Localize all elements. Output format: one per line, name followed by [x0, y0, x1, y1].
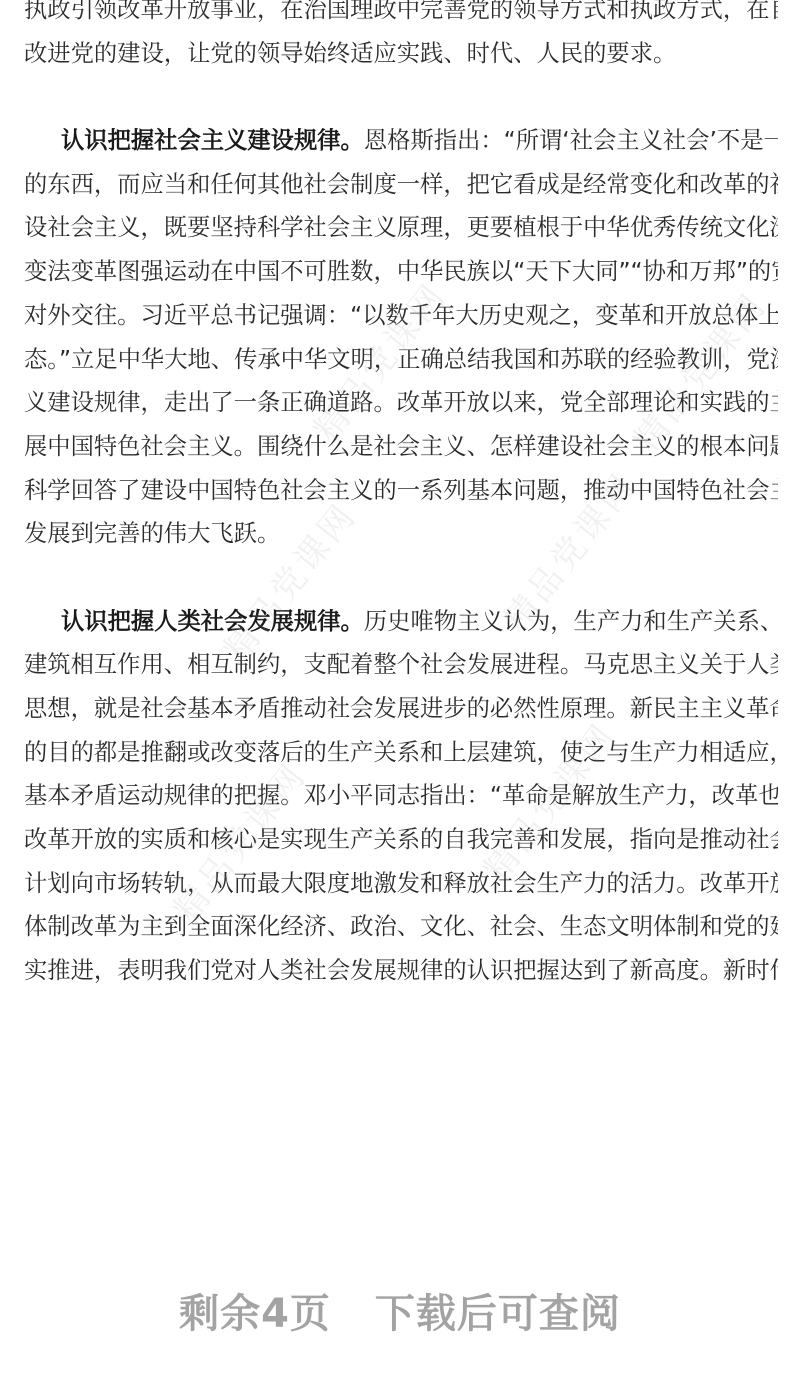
text-line: 基本矛盾运动规律的把握。邓小平同志指出：“革命是解放生产力，改革也是解放生产力。… — [24, 774, 778, 818]
paragraph-gap — [24, 75, 778, 119]
text-line: 建筑相互作用、相互制约，支配着整个社会发展进程。马克思主义关于人类社会发展规律的 — [24, 643, 778, 687]
text-line: 展中国特色社会主义。围绕什么是社会主义、怎样建设社会主义的根本问题，党在规律层面 — [24, 425, 778, 469]
text-line: 实推进，表明我们党对人类社会发展规律的认识把握达到了新高度。新时代，习近平总书记 — [24, 949, 778, 993]
text-line: 科学回答了建设中国特色社会主义的一系列基本问题，推动中国特色社会主义迎来从创立、 — [24, 469, 778, 513]
text-span: 恩格斯指出：“所谓‘社会主义社会’不是一种一成不变 — [364, 127, 778, 154]
text-line: 执政引领改革开放事业，在治国理政中完善党的领导方式和执政方式，在自我革命中加强和 — [24, 0, 778, 32]
paragraph-gap — [24, 556, 778, 600]
remaining-pages-label: 剩余4页 — [179, 1291, 331, 1337]
text-line: 发展到完善的伟大飞跃。 — [24, 512, 778, 556]
text-line: 改革开放的实质和核心是实现生产关系的自我完善和发展，指向是推动社会主义经济体制由 — [24, 818, 778, 862]
text-line: 改进党的建设，让党的领导始终适应实践、时代、人民的要求。 — [24, 32, 778, 76]
text-line: 体制改革为主到全面深化经济、政治、文化、社会、生态文明体制和党的建设制度改革等扎 — [24, 905, 778, 949]
text-line: 对外交往。习近平总书记强调：“以数千年大历史观之，变革和开放总体上是中国的历史常 — [24, 294, 778, 338]
download-prompt-label: 下载后可查阅 — [375, 1291, 621, 1337]
paragraph-first-line: 认识把握社会主义建设规律。恩格斯指出：“所谓‘社会主义社会’不是一种一成不变 — [24, 119, 778, 163]
text-line: 计划向市场转轨，从而最大限度地激发和释放社会生产力的活力。改革开放以来，从以经济 — [24, 862, 778, 906]
text-line: 设社会主义，既要坚持科学社会主义原理，更要植根于中华优秀传统文化沃土。自古以来， — [24, 206, 778, 250]
text-line: 态。”立足中华大地、传承中华文明，正确总结我国和苏联的经验教训，党深刻把握社会主 — [24, 338, 778, 382]
text-line: 的目的都是推翻或改变落后的生产关系和上层建筑，使之与生产力相适应，这彰显了对社会 — [24, 731, 778, 775]
download-to-read-more-banner[interactable]: 剩余4页下载后可查阅 — [0, 1282, 800, 1339]
text-span: 历史唯物主义认为，生产力和生产关系、经济基础和上层 — [364, 608, 778, 635]
text-line: 义建设规律，走出了一条正确道路。改革开放以来，党全部理论和实践的主题就是坚持和发 — [24, 381, 778, 425]
text-line: 变法变革图强运动在中国不可胜数，中华民族以“天下大同”“协和万邦”的宽广胸怀开展 — [24, 250, 778, 294]
paragraph-heading: 认识把握社会主义建设规律。 — [61, 127, 364, 154]
paragraph-heading: 认识把握人类社会发展规律。 — [61, 608, 364, 635]
document-body: 执政引领改革开放事业，在治国理政中完善党的领导方式和执政方式，在自我革命中加强和… — [24, 0, 778, 993]
text-line: 的东西，而应当和任何其他社会制度一样，把它看成是经常变化和改革的社会。”在中国建 — [24, 163, 778, 207]
paragraph-first-line: 认识把握人类社会发展规律。历史唯物主义认为，生产力和生产关系、经济基础和上层 — [24, 600, 778, 644]
text-line: 思想，就是社会基本矛盾推动社会发展进步的必然性原理。新民主主义革命、社会主义革命 — [24, 687, 778, 731]
